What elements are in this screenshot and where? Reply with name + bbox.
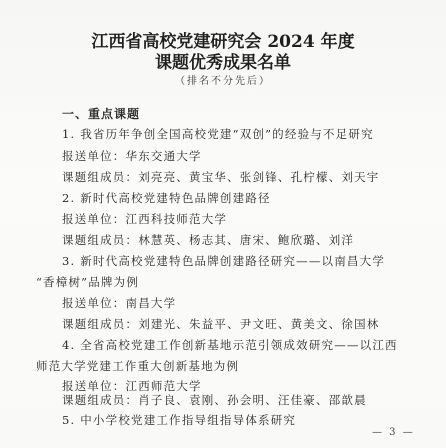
section-heading: 一、重点课题 [62,105,140,122]
item-5-title: 5. 中小学校党建工作指导组指导体系研究 [62,412,296,428]
page-number: — 3 — [372,427,415,438]
item-2-title: 2. 新时代高校党建特色品牌创建路径 [62,190,271,206]
item-2-unit: 报送单位：江西科技师范大学 [62,211,227,227]
item-2-members: 课题组成员：林慧英、杨志其、唐宋、鲍欣璐、刘洋 [62,232,354,248]
document-subtitle: （排名不分先后） [0,72,446,87]
item-3-members: 课题组成员：刘建光、朱益平、尹文旺、黄美文、徐国林 [62,316,380,332]
item-4-members: 课题组成员：肖子良、袁刚、孙会明、汪佳豪、邵歆晨 [62,392,367,408]
item-3-title-line-1: 3. 新时代高校党建特色品牌创建路径研究——以南昌大学 [62,253,385,269]
item-1-unit: 报送单位：华东交通大学 [62,148,202,164]
document-page: 江西省高校党建研究会 2024 年度 课题优秀成果名单 （排名不分先后） 一、重… [0,0,446,448]
item-1-title: 1. 我省历年争创全国高校党建“双创”的经验与不足研究 [62,126,374,142]
item-1-members: 课题组成员：刘亮亮、黄宝华、张剑锋、孔柠檬、刘天宇 [62,169,380,185]
document-title-line-2: 课题优秀成果名单 [0,48,446,73]
item-3-title-line-2: “香樟树”品牌为例 [36,274,139,290]
item-4-title-line-2: 师范大学党建工作重大创新基地为例 [36,358,239,374]
item-3-unit: 报送单位：南昌大学 [62,295,176,311]
item-4-title-line-1: 4. 全省高校党建工作创新基地示范引领成效研究——以江西 [62,337,398,353]
